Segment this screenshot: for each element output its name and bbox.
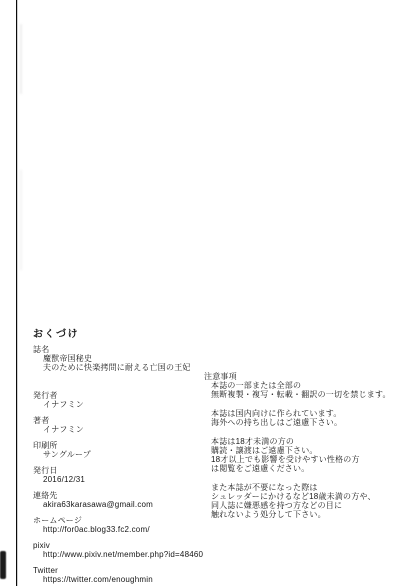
notice-line: 18才以上でも影響を受けやすい性格の方: [211, 455, 391, 464]
notice-paragraph-age: 本誌は18才未満の方の 購読・譲渡はご遠慮下さい。 18才以上でも影響を受けやす…: [204, 437, 391, 473]
entry-printer-label: 印刷所: [33, 441, 203, 450]
notice-heading: 注意事項: [204, 372, 391, 381]
entry-publisher-label: 発行者: [33, 391, 203, 400]
entry-printer: 印刷所 サングループ: [33, 441, 203, 459]
notice-line: 購読・譲渡はご遠慮下さい。: [211, 446, 391, 455]
entry-publisher: 発行者 イナフミン: [33, 391, 203, 409]
notice-line: 無断複製・複写・転載・翻訳の一切を禁じます。: [211, 390, 391, 399]
contact-email: akira63karasawa@gmail.com: [33, 500, 203, 509]
book-title-line2: 夫のために快楽拷問に耐える亡国の王妃: [33, 363, 203, 372]
entry-twitter-label: Twitter: [33, 566, 203, 575]
pub-date: 2016/12/31: [33, 475, 203, 484]
homepage-url: http://for0ac.blog33.fc2.com/: [33, 525, 203, 534]
notice-line: 触れないよう処分して下さい。: [211, 510, 391, 519]
publisher-name: イナフミン: [33, 400, 203, 409]
notice-line: シュレッダーにかけるなど18歳未満の方や、: [211, 492, 391, 501]
scan-smudge: [20, 24, 22, 94]
entry-author: 著者 イナフミン: [33, 416, 203, 434]
entry-twitter: Twitter https://twitter.com/enoughmin: [33, 566, 203, 584]
scan-smudge: [20, 170, 22, 270]
notice-paragraph-domestic: 本誌は国内向けに作られています。 海外への持ち出しはご遠慮下さい。: [204, 409, 391, 427]
entry-homepage: ホームページ http://for0ac.blog33.fc2.com/: [33, 516, 203, 534]
notice-line: また本誌が不要になった際は: [211, 483, 391, 492]
entry-pixiv: pixiv http://www.pixiv.net/member.php?id…: [33, 541, 203, 559]
page-spine-line: [16, 0, 17, 586]
okuzuke-heading: おくづけ: [33, 328, 203, 341]
entry-contact-label: 連絡先: [33, 491, 203, 500]
notice-line: 同人誌に嫌悪感を持つ方などの目に: [211, 501, 391, 510]
notice-line: 本誌は国内向けに作られています。: [211, 409, 391, 418]
notice-line: 本誌は18才未満の方の: [211, 437, 391, 446]
entry-pub-date-label: 発行日: [33, 466, 203, 475]
notice-line: 海外への持ち出しはご遠慮下さい。: [211, 418, 391, 427]
scan-ink-artifact: [0, 551, 6, 579]
entry-author-label: 著者: [33, 416, 203, 425]
pixiv-url: http://www.pixiv.net/member.php?id=48460: [33, 550, 203, 559]
author-name: イナフミン: [33, 425, 203, 434]
printer-name: サングループ: [33, 450, 203, 459]
notice-line: は閲覧をご遠慮ください。: [211, 464, 391, 473]
entry-pixiv-label: pixiv: [33, 541, 203, 550]
notice-paragraph-disposal: また本誌が不要になった際は シュレッダーにかけるなど18歳未満の方や、 同人誌に…: [204, 483, 391, 519]
entry-contact: 連絡先 akira63karasawa@gmail.com: [33, 491, 203, 509]
twitter-url: https://twitter.com/enoughmin: [33, 575, 203, 584]
entry-homepage-label: ホームページ: [33, 516, 203, 525]
entry-title-label: 誌名: [33, 345, 203, 354]
notice-line: 本誌の一部または全部の: [211, 381, 391, 390]
entry-pub-date: 発行日 2016/12/31: [33, 466, 203, 484]
entry-title: 誌名 魔獣帝国秘史 夫のために快楽拷問に耐える亡国の王妃: [33, 345, 203, 372]
colophon-page-scan: おくづけ 誌名 魔獣帝国秘史 夫のために快楽拷問に耐える亡国の王妃 発行者 イナ…: [0, 0, 400, 586]
notice-paragraph-copyright: 本誌の一部または全部の 無断複製・複写・転載・翻訳の一切を禁じます。: [204, 381, 391, 399]
notice-block: 注意事項 本誌の一部または全部の 無断複製・複写・転載・翻訳の一切を禁じます。 …: [204, 372, 391, 529]
book-title-line1: 魔獣帝国秘史: [33, 354, 203, 363]
colophon-details: おくづけ 誌名 魔獣帝国秘史 夫のために快楽拷問に耐える亡国の王妃 発行者 イナ…: [33, 328, 203, 586]
